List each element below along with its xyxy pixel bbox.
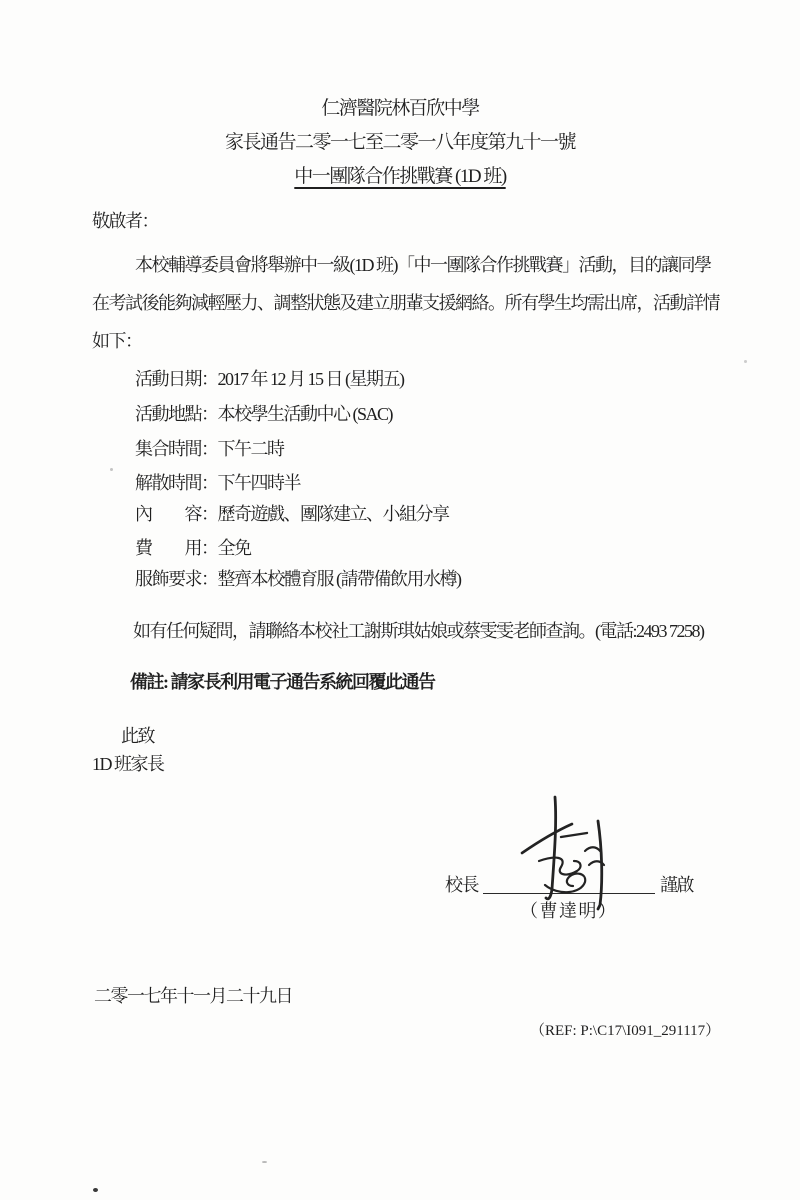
detail-value: 全免 [218, 538, 251, 558]
closing-recipient: 1D 班家長 [92, 753, 164, 776]
detail-colon: ： [201, 504, 218, 524]
detail-row: 活動地點：本校學生活動中心 (SAC) [135, 403, 392, 426]
inquiry-line: 如有任何疑問，請聯絡本校社工謝斯琪姑娘或蔡雯雯老師查詢。(電話:2493 725… [133, 620, 704, 643]
signoff-label: 謹啟 [660, 874, 693, 897]
detail-row: 活動日期：2017 年 12 月 15 日 (星期五) [135, 368, 404, 391]
reference-number: （REF: P:\C17\I091_291117） [530, 1022, 720, 1041]
detail-label: 活動地點 [135, 404, 201, 424]
detail-value: 本校學生活動中心 (SAC) [218, 404, 393, 424]
salutation: 敬啟者： [92, 210, 158, 233]
detail-colon: ： [201, 569, 218, 589]
scanned-notice-page: 仁濟醫院林百欣中學 家長通告二零一七至二零一八年度第九十一號 中一團隊合作挑戰賽… [0, 0, 800, 1200]
detail-row: 內 容：歷奇遊戲、團隊建立、小組分享 [135, 503, 449, 526]
detail-colon: ： [201, 369, 218, 389]
detail-label: 解散時間 [135, 473, 201, 493]
detail-value: 下午四時半 [218, 473, 301, 493]
paragraph-line: 如下： [92, 330, 142, 353]
scan-speck [110, 468, 113, 471]
detail-value: 2017 年 12 月 15 日 (星期五) [218, 369, 404, 389]
scan-speck [744, 360, 747, 363]
detail-colon: ： [201, 473, 218, 493]
detail-row: 解散時間：下午四時半 [135, 472, 300, 495]
principal-name: （ 曹 達 明 ） [520, 900, 615, 923]
issue-date: 二零一七年十一月二十九日 [94, 985, 292, 1008]
detail-value: 歷奇遊戲、團隊建立、小組分享 [218, 504, 449, 524]
paragraph-line: 在考試後能夠減輕壓力、調整狀態及建立朋輩支援網絡。所有學生均需出席，活動詳情 [92, 292, 719, 315]
scan-speck [262, 1161, 267, 1163]
detail-label: 內 容 [135, 504, 201, 524]
principal-signature [508, 793, 620, 911]
detail-label: 費 用 [135, 538, 201, 558]
paragraph-line: 本校輔導委員會將舉辦中一級(1D 班)「中一團隊合作挑戰賽」活動，目的讓同學 [92, 254, 710, 277]
scan-speck [93, 1188, 98, 1192]
detail-label: 活動日期 [135, 369, 201, 389]
school-name: 仁濟醫院林百欣中學 [0, 97, 800, 121]
detail-row: 服飾要求：整齊本校體育服 (請帶備飲用水樽) [135, 568, 461, 591]
detail-label: 服飾要求 [135, 569, 201, 589]
detail-label: 集合時間 [135, 439, 201, 459]
detail-row: 費 用：全免 [135, 537, 251, 560]
detail-row: 集合時間：下午二時 [135, 438, 284, 461]
detail-value: 下午二時 [218, 439, 284, 459]
detail-colon: ： [201, 439, 218, 459]
notice-subject: 中一團隊合作挑戰賽 (1D 班) [0, 165, 800, 189]
notice-number: 家長通告二零一七至二零一八年度第九十一號 [0, 131, 800, 155]
detail-colon: ： [201, 538, 218, 558]
detail-value: 整齊本校體育服 (請帶備飲用水樽) [218, 569, 461, 589]
remark-line: 備註: 請家長利用電子通告系統回覆此通告 [130, 671, 435, 694]
closing-salute: 此致 [121, 725, 154, 748]
principal-role-label: 校長 [445, 874, 478, 897]
detail-colon: ： [201, 404, 218, 424]
